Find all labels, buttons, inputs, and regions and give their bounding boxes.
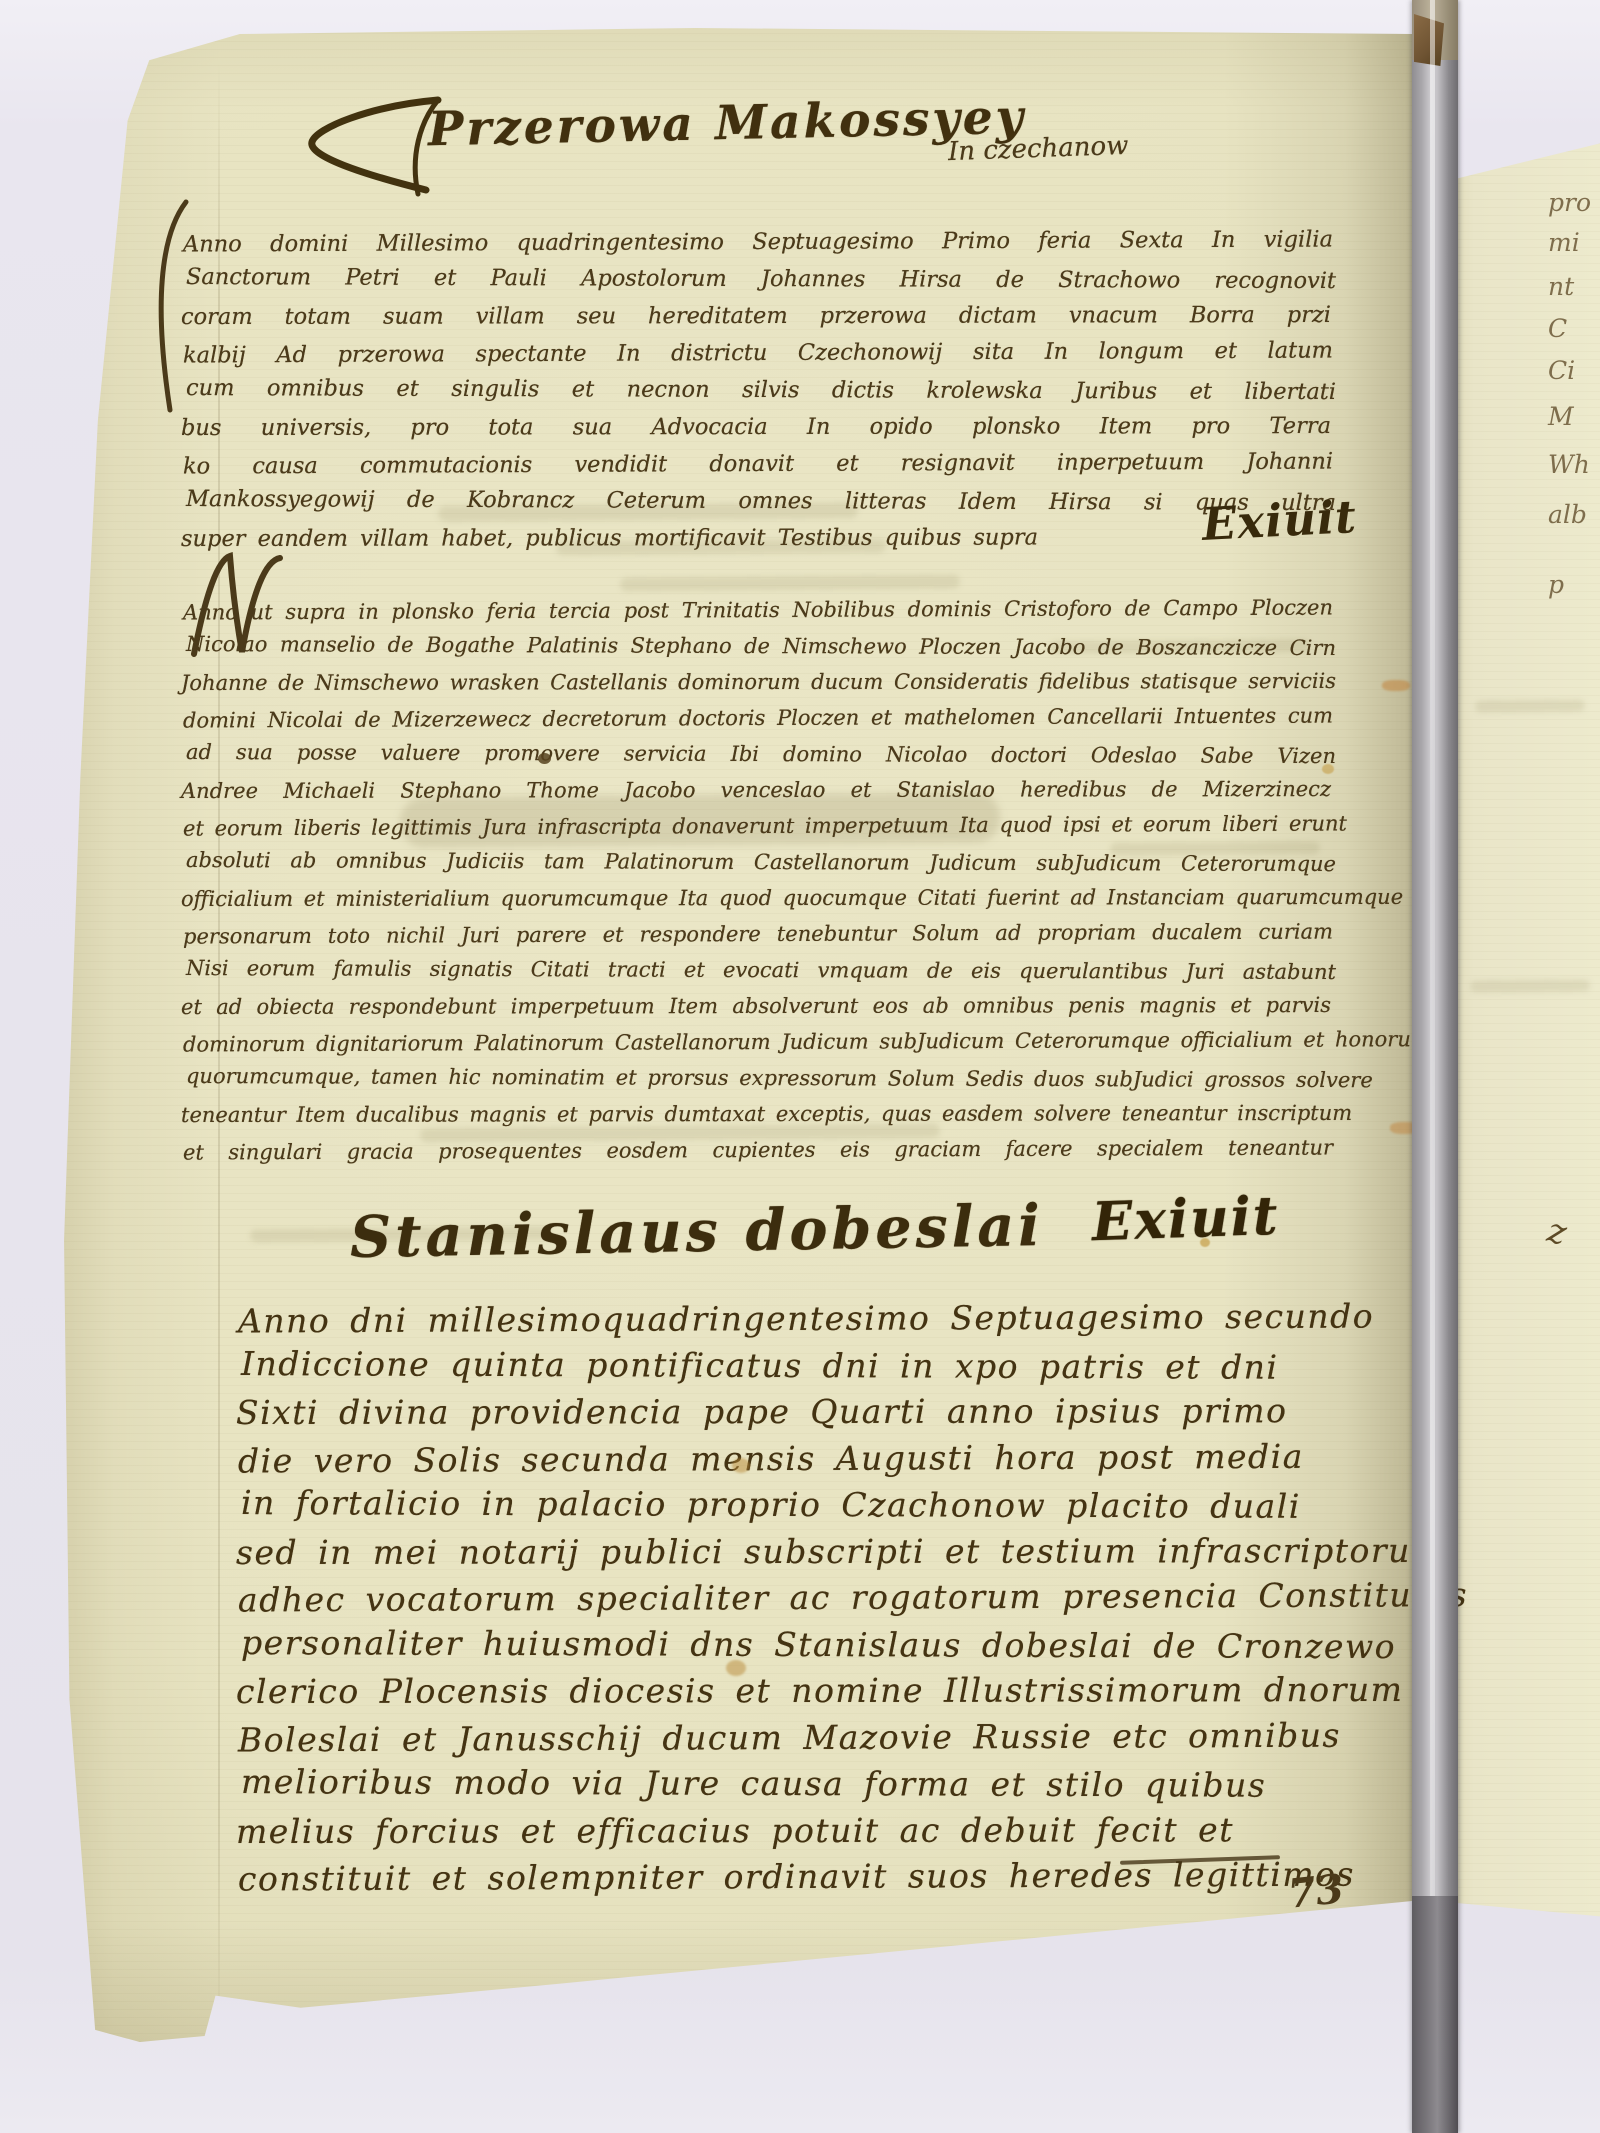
facing-page-edge	[1446, 138, 1600, 1920]
manuscript-line: Nicolao manselio de Bogathe Palatinis St…	[186, 626, 1336, 666]
manuscript-line: die vero Solis secunda mensis Augusti ho…	[238, 1433, 1358, 1484]
manuscript-line: kalbij Ad przerowa spectante In district…	[183, 332, 1333, 374]
manuscript-line: super eandem villam habet, publicus mort…	[181, 519, 1331, 558]
manuscript-line: domini Nicolai de Mizerzewecz decretorum…	[183, 697, 1333, 738]
show-through-text	[1470, 979, 1590, 992]
manuscript-line: Sanctorum Petri et Pauli Apostolorum Joh…	[186, 259, 1336, 300]
book-clamp-bar	[1412, 0, 1458, 2133]
manuscript-line: teneantur Item ducalibus magnis et parvi…	[181, 1095, 1331, 1133]
manuscript-line: adhec vocatorum specialiter ac rogatorum…	[238, 1573, 1358, 1624]
region-note: In czechanow	[948, 131, 1129, 167]
manuscript-line: clerico Plocensis diocesis et nomine Ill…	[236, 1667, 1356, 1715]
entry1-paragraph: Anno domini Millesimo quadringentesimo S…	[183, 224, 1333, 557]
manuscript-line: Andree Michaeli Stephano Thome Jacobo ve…	[181, 771, 1331, 809]
manuscript-line: personarum toto nichil Juri parere et re…	[183, 913, 1333, 954]
ink-blot	[538, 753, 551, 764]
manuscript-line: quorumcumque, tamen hic nominatim et pro…	[186, 1058, 1336, 1098]
manuscript-line: cum omnibus et singulis et necnon silvis…	[186, 370, 1336, 411]
manuscript-line: Nisi eorum famulis signatis Citati tract…	[186, 950, 1336, 990]
manuscript-photo: { "manuscript": { "title": "Przerowa Mak…	[0, 0, 1600, 2133]
manuscript-line: sed in mei notarij publici subscripti et…	[236, 1528, 1356, 1576]
manuscript-line: absoluti ab omnibus Judiciis tam Palatin…	[186, 842, 1336, 882]
show-through-text	[1475, 700, 1585, 713]
page-stain	[732, 1458, 750, 1473]
facing-line-fragment: Wh	[1548, 450, 1590, 479]
page-stain	[1322, 764, 1334, 774]
show-through-text	[620, 575, 960, 592]
exivit-mark-1: Exiuit	[1201, 490, 1358, 551]
page-stain	[1200, 1238, 1210, 1247]
facing-line-fragment: M	[1548, 402, 1574, 431]
entry3-heading: Stanislaus dobeslai	[349, 1192, 1044, 1271]
manuscript-line: Anno ut supra in plonsko feria tercia po…	[183, 589, 1333, 630]
facing-line-fragment: nt	[1548, 272, 1574, 301]
manuscript-line: Mankossyegowij de Kobrancz Ceterum omnes…	[186, 481, 1336, 522]
facing-line-fragment: C	[1548, 314, 1567, 343]
manuscript-line: et eorum liberis legittimis Jura infrasc…	[183, 805, 1333, 846]
facing-line-fragment: p	[1548, 570, 1564, 599]
manuscript-line: Sixti divina providencia pape Quarti ann…	[236, 1388, 1356, 1436]
manuscript-line: Indiccione quinta pontificatus dni in xp…	[241, 1341, 1361, 1391]
facing-line-fragment: pro	[1548, 188, 1591, 217]
manuscript-line: ad sua posse valuere promovere servicia …	[186, 734, 1336, 774]
manuscript-line: Boleslai et Janusschij ducum Mazovie Rus…	[238, 1712, 1358, 1763]
facing-line-fragment: alb	[1548, 500, 1587, 529]
manuscript-line: ko causa commutacionis vendidit donavit …	[183, 443, 1333, 485]
manuscript-line: officialium et ministerialium quorumcumq…	[181, 879, 1331, 917]
entry3-paragraph: Anno dni millesimoquadringentesimo Septu…	[238, 1296, 1358, 1901]
manuscript-line: coram totam suam villam seu hereditatem …	[181, 297, 1331, 336]
manuscript-line: et singulari gracia prosequentes eosdem …	[183, 1129, 1333, 1170]
clamp-bar-bottom	[1412, 1896, 1458, 2133]
entry2-paragraph: Anno ut supra in plonsko feria tercia po…	[183, 592, 1333, 1168]
manuscript-line: dominorum dignitariorum Palatinorum Cast…	[183, 1021, 1333, 1062]
quire-mark: 73	[1286, 1865, 1346, 1918]
page-stain	[726, 1660, 746, 1676]
manuscript-line: bus universis, pro tota sua Advocacia In…	[181, 408, 1331, 447]
manuscript-line: in fortalicio in palacio proprio Czachon…	[241, 1480, 1361, 1530]
gutter-stain	[1382, 680, 1410, 691]
manuscript-line: Johanne de Nimschewo wrasken Castellanis…	[181, 663, 1331, 701]
manuscript-line: personaliter huiusmodi dns Stanislaus do…	[241, 1620, 1361, 1670]
facing-line-fragment: mi	[1548, 228, 1580, 257]
manuscript-line: melioribus modo via Jure causa forma et …	[241, 1759, 1361, 1809]
exivit-mark-2: Exiuit	[1091, 1185, 1280, 1253]
manuscript-line: et ad obiecta respondebunt imperpetuum I…	[181, 987, 1331, 1025]
manuscript-line: melius forcius et efficacius potuit ac d…	[236, 1807, 1356, 1855]
manuscript-line: Anno domini Millesimo quadringentesimo S…	[183, 221, 1333, 263]
clamp-highlight	[1430, 0, 1435, 2133]
facing-line-fragment: Ci	[1548, 356, 1575, 385]
manuscript-line: Anno dni millesimoquadringentesimo Septu…	[238, 1294, 1358, 1345]
